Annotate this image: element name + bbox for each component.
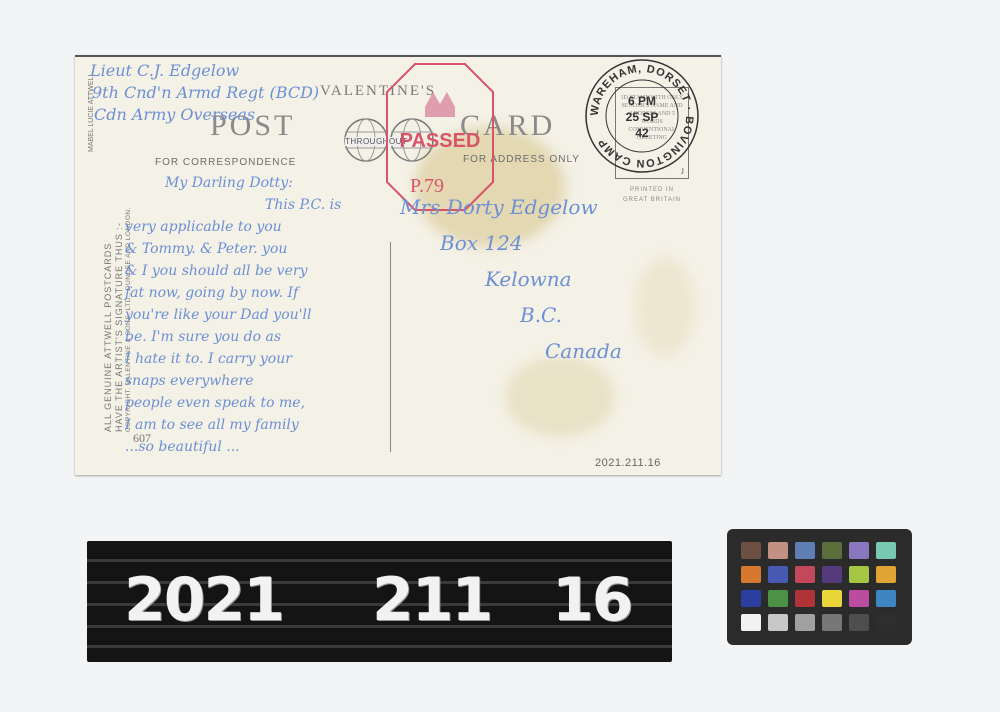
- correspondence-label: FOR CORRESPONDENCE: [155, 157, 296, 168]
- handwritten-line: Cdn Army Overseas: [94, 105, 255, 124]
- handwritten-line: ...so beautiful ...: [125, 439, 240, 455]
- handwritten-line: & I you should all be very: [125, 263, 307, 279]
- color-swatch: [795, 542, 815, 559]
- handwritten-line: be. I'm sure you do as: [125, 329, 281, 345]
- handwritten-line: I hate it to. I carry your: [125, 351, 292, 367]
- color-swatch: [768, 590, 788, 607]
- printed-in-line-1: PRINTED IN: [623, 185, 681, 195]
- color-swatch: [849, 566, 869, 583]
- color-swatch: [768, 542, 788, 559]
- letterboard-year: 2021: [124, 565, 283, 635]
- water-stain: [505, 357, 615, 437]
- color-swatch: [822, 542, 842, 559]
- handwritten-line: I am to see all my family: [125, 417, 299, 433]
- color-swatch: [876, 614, 896, 631]
- color-swatch: [822, 614, 842, 631]
- postcard: VALENTINE'S POST CARD THROUGHOUT FOR COR…: [75, 55, 721, 475]
- color-swatch: [849, 542, 869, 559]
- color-swatch: [876, 590, 896, 607]
- accession-letterboard: 2021 211 16: [87, 541, 672, 662]
- color-swatch: [795, 566, 815, 583]
- svg-text:42: 42: [635, 126, 649, 140]
- color-swatch: [849, 590, 869, 607]
- svg-text:6 PM: 6 PM: [628, 94, 656, 108]
- censor-stamp: PASSED P.79: [385, 62, 495, 212]
- handwritten-line: Mrs Dorty Edgelow: [400, 195, 598, 219]
- handwritten-line: fat now, going by now. If: [125, 285, 298, 301]
- handwritten-line: Lieut C.J. Edgelow: [90, 61, 239, 80]
- svg-text:PASSED: PASSED: [400, 130, 481, 152]
- handwritten-line: Canada: [545, 339, 622, 363]
- color-swatch: [768, 614, 788, 631]
- svg-text:P.79: P.79: [410, 175, 444, 197]
- handwritten-line: you're like your Dad you'll: [125, 307, 311, 323]
- handwritten-line: very applicable to you: [125, 219, 282, 235]
- handwritten-line: B.C.: [520, 303, 562, 327]
- water-stain: [635, 257, 695, 357]
- postmark-icon: WAREHAM, DORSET · BOVINGTON CAMP 6 PM 25…: [583, 57, 701, 175]
- color-swatch: [741, 542, 761, 559]
- accession-number: 2021.211.16: [595, 457, 661, 469]
- color-swatch: [876, 542, 896, 559]
- card-divider: [390, 242, 391, 452]
- svg-text:25 SP: 25 SP: [626, 110, 659, 124]
- color-swatch: [822, 590, 842, 607]
- handwritten-line: 9th Cnd'n Armd Regt (BCD): [92, 83, 319, 102]
- color-swatch: [822, 566, 842, 583]
- printed-in-line-2: GREAT BRITAIN: [623, 195, 681, 205]
- handwritten-line: My Darling Dotty:: [165, 175, 293, 191]
- attwell-notice-line-1: ALL GENUINE ATTWELL POSTCARDS: [103, 222, 114, 432]
- color-swatch: [795, 614, 815, 631]
- handwritten-line: Box 124: [440, 231, 523, 255]
- letterboard-item: 16: [552, 565, 632, 635]
- color-swatch: [849, 614, 869, 631]
- color-checker: [727, 529, 912, 645]
- printed-in-label: PRINTED IN GREAT BRITAIN: [623, 185, 681, 205]
- handwritten-line: & Tommy. & Peter. you: [125, 241, 287, 257]
- letterboard-lot: 211: [372, 565, 491, 635]
- handwritten-line: Kelowna: [485, 267, 572, 291]
- handwritten-line: snaps everywhere: [125, 373, 254, 389]
- handwritten-line: This P.C. is: [265, 197, 341, 213]
- color-swatch: [768, 566, 788, 583]
- color-swatch: [741, 614, 761, 631]
- color-swatch: [876, 566, 896, 583]
- color-swatch: [741, 566, 761, 583]
- attwell-notice: ALL GENUINE ATTWELL POSTCARDS HAVE THE A…: [103, 222, 125, 432]
- color-swatch: [741, 590, 761, 607]
- handwritten-line: people even speak to me,: [125, 395, 305, 411]
- color-swatch: [795, 590, 815, 607]
- attwell-notice-line-2: HAVE THE ARTIST'S SIGNATURE THUS :-: [114, 222, 125, 432]
